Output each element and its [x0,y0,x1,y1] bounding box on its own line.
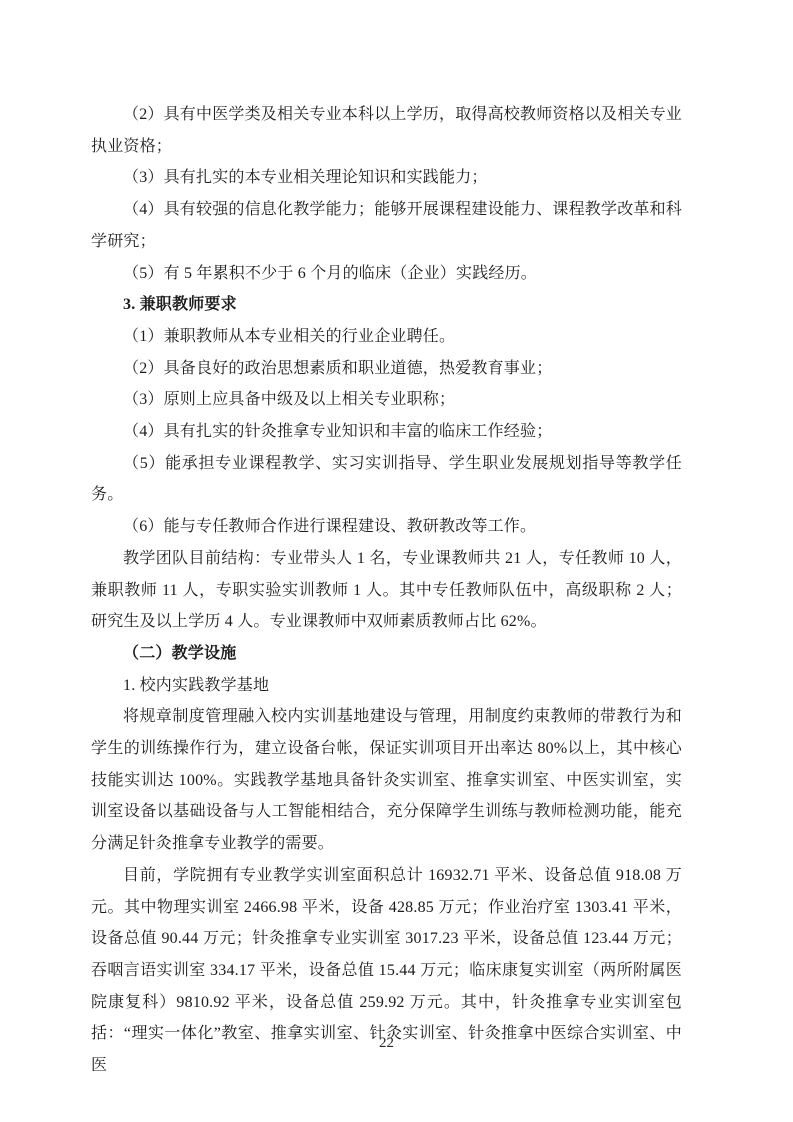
heading-teaching-facilities: （二）教学设施 [91,638,682,670]
paragraph-training-base-management: 将规章制度管理融入校内实训基地建设与管理，用制度约束教师的带教行为和学生的训练操… [91,701,682,860]
paragraph-teaching-team-structure: 教学团队目前结构：专业带头人 1 名，专业课教师共 21 人，专任教师 10 人… [91,543,682,638]
part-time-item-4: （4）具有扎实的针灸推拿专业知识和丰富的临床工作经验； [91,416,682,448]
item-qualification-education: （2）具有中医学类及相关专业本科以上学历，取得高校教师资格以及相关专业执业资格； [91,99,682,162]
part-time-item-5: （5）能承担专业课程教学、实习实训指导、学生职业发展规划指导等教学任务。 [91,448,682,511]
item-informatization: （4）具有较强的信息化教学能力；能够开展课程建设能力、课程教学改革和科学研究； [91,194,682,257]
subheading-campus-practice-base: 1. 校内实践教学基地 [91,670,682,702]
document-page: （2）具有中医学类及相关专业本科以上学历，取得高校教师资格以及相关专业执业资格；… [0,0,793,1122]
document-body: （2）具有中医学类及相关专业本科以上学历，取得高校教师资格以及相关专业执业资格；… [91,99,682,1082]
heading-part-time-teacher-requirements: 3. 兼职教师要求 [91,289,682,321]
part-time-item-6: （6）能与专任教师合作进行课程建设、教研教改等工作。 [91,511,682,543]
item-clinical-experience: （5）有 5 年累积不少于 6 个月的临床（企业）实践经历。 [91,258,682,290]
part-time-item-3: （3）原则上应具备中级及以上相关专业职称； [91,384,682,416]
item-theory-practice: （3）具有扎实的本专业相关理论知识和实践能力； [91,162,682,194]
part-time-item-2: （2）具备良好的政治思想素质和职业道德，热爱教育事业； [91,353,682,385]
page-number: 22 [91,1033,682,1053]
part-time-item-1: （1）兼职教师从本专业相关的行业企业聘任。 [91,321,682,353]
